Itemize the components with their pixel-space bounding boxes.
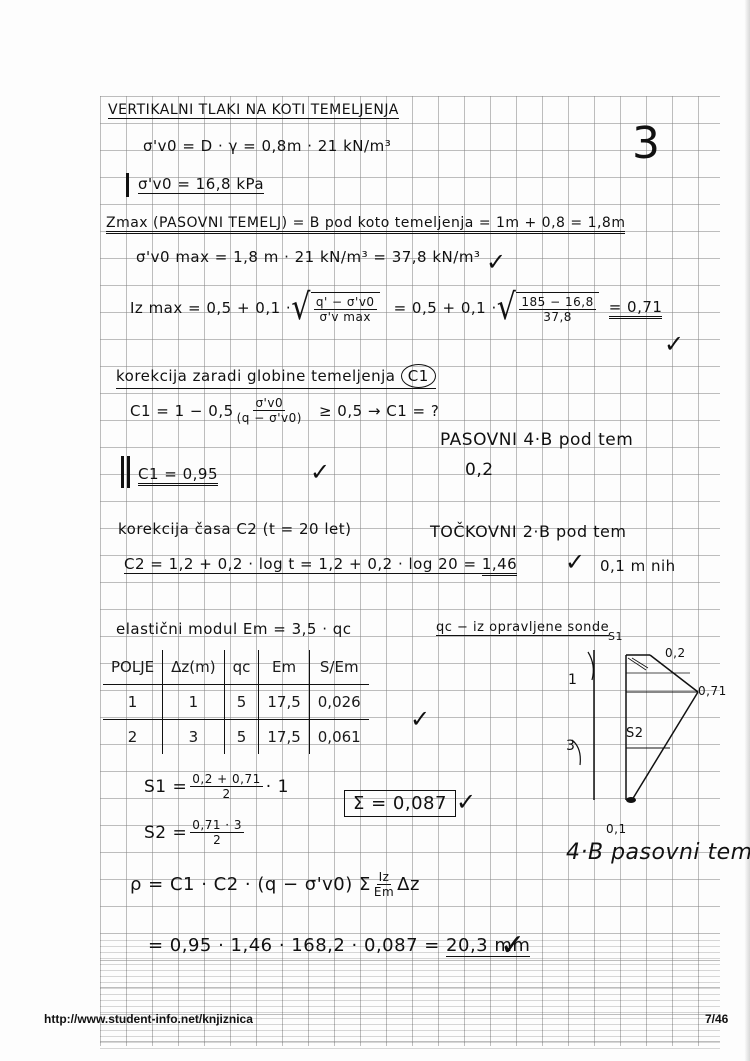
table-header-row: POLJE Δz(m) qc Em S/Em — [103, 650, 369, 685]
footer-page-number: 7/46 — [705, 1012, 728, 1026]
strain-influence-diagram — [560, 640, 740, 840]
table-header: Em — [259, 650, 309, 685]
check-mark-icon: ✓ — [310, 458, 330, 486]
diagram-label-s2: S2 — [626, 726, 644, 741]
frac-den: 2 — [213, 833, 221, 847]
frac-num: q' − σ'v0 — [314, 295, 377, 310]
table-cell: 0,026 — [309, 685, 368, 720]
page-number-mark: 3 — [632, 118, 661, 169]
table-cell: 0,061 — [309, 720, 368, 755]
table-row: 1 1 5 17,5 0,026 — [103, 685, 369, 720]
diagram-label-bottom: 0,1 — [606, 822, 627, 836]
settlement-lhs: ρ = C1 · C2 · (q − σ'v0) Σ — [130, 874, 371, 895]
table-header: S/Em — [309, 650, 368, 685]
margin-mark — [121, 456, 124, 488]
diagram-label-top: 0,2 — [665, 646, 686, 660]
page-edge-shadow — [744, 0, 750, 1061]
frac-num: Iz — [377, 870, 392, 885]
table-cell: 5 — [224, 720, 259, 755]
sqrt-expression: √ q' − σ'v0σ'v max — [291, 292, 379, 325]
diagram-caption: 4·B pasovni temelj — [566, 840, 750, 865]
c1-circled: C1 — [401, 364, 436, 388]
iz-max-mid: = 0,5 + 0,1 · — [394, 299, 497, 317]
frac-den: Em — [374, 885, 394, 899]
s1-mult: · 1 — [266, 777, 289, 797]
diagram-label-right: 0,71 — [698, 684, 727, 698]
c2-heading: korekcija časa C2 (t = 20 let) — [118, 520, 351, 538]
sigma-v0-formula: σ'v0 = D · γ = 0,8m · 21 kN/m³ — [143, 137, 391, 155]
frac-den: 2 — [222, 787, 230, 801]
c2-result: 1,46 — [482, 555, 517, 576]
table-cell: 3 — [163, 720, 224, 755]
s1-calc: S1 = 0,2 + 0,712 · 1 — [144, 772, 289, 802]
table-header: Δz(m) — [163, 650, 224, 685]
frac-num: 0,2 + 0,71 — [190, 772, 263, 787]
c1-heading-text: korekcija zaradi globine temeljenja — [116, 367, 395, 385]
scan-noise — [100, 940, 720, 1050]
table-row: 2 3 5 17,5 0,061 — [103, 720, 369, 755]
sqrt-icon: √ — [291, 290, 311, 326]
iz-max-lhs: Iz max = 0,5 + 0,1 · — [130, 299, 291, 317]
note-pasovni-value: 0,2 — [465, 460, 494, 480]
diagram-label-s1: S1 — [608, 630, 623, 643]
frac-den: (q − σ'v0) — [237, 411, 302, 425]
settlement-formula: ρ = C1 · C2 · (q − σ'v0) Σ IzEm Δz — [130, 870, 420, 900]
sqrt-expression-2: √ 185 − 16,837,8 — [497, 292, 599, 325]
check-mark-icon: ✓ — [500, 928, 525, 963]
table-cell: 1 — [103, 685, 163, 720]
frac-num: σ'v0 — [253, 396, 285, 411]
diagram-label-depth-1: 1 — [568, 672, 577, 688]
settlement-calc: = 0,95 · 1,46 · 168,2 · 0,087 = 20,3 mm — [148, 935, 530, 956]
diagram-label-depth-3: 3 — [566, 738, 575, 754]
s1-lhs: S1 = — [144, 777, 187, 797]
frac-den: σ'v max — [319, 310, 370, 324]
iz-max-formula: Iz max = 0,5 + 0,1 · √ q' − σ'v0σ'v max … — [130, 292, 662, 325]
settlement-calc-text: = 0,95 · 1,46 · 168,2 · 0,087 = — [148, 935, 446, 956]
page-title: VERTIKALNI TLAKI NA KOTI TEMELJENJA — [108, 102, 399, 119]
sqrt-icon: √ — [497, 290, 517, 326]
table-cell: 17,5 — [259, 685, 309, 720]
table-cell: 17,5 — [259, 720, 309, 755]
frac-num: 185 − 16,8 — [519, 295, 595, 310]
settlement-table: POLJE Δz(m) qc Em S/Em 1 1 5 17,5 0,026 … — [103, 650, 369, 754]
check-mark-icon: ✓ — [410, 705, 430, 733]
c2-formula: C2 = 1,2 + 0,2 · log t = 1,2 + 0,2 · log… — [124, 555, 517, 574]
note-c2-right: 0,1 m nih — [600, 557, 676, 575]
settlement-rhs: Δz — [397, 874, 420, 895]
check-mark-icon: ✓ — [664, 330, 684, 358]
c1-result: C1 = 0,95 — [138, 465, 218, 486]
frac-num: 0,71 · 3 — [190, 818, 244, 833]
check-mark-icon: ✓ — [565, 548, 585, 576]
c1-lhs: C1 = 1 − 0,5 — [130, 402, 234, 420]
frac-den: 37,8 — [543, 310, 572, 324]
qc-note: qc − iz opravljene sonde — [436, 620, 609, 636]
s2-calc: S2 = 0,71 · 32 — [144, 818, 247, 848]
elastic-heading: elastični modul Em = 3,5 · qc — [116, 620, 352, 638]
s2-lhs: S2 = — [144, 823, 187, 843]
sum-result-boxed: Σ = 0,087 — [344, 790, 456, 817]
note-tockovni: TOČKOVNI 2·B pod tem — [430, 522, 626, 541]
table-cell: 5 — [224, 685, 259, 720]
table-header: qc — [224, 650, 259, 685]
table-cell: 2 — [103, 720, 163, 755]
c2-formula-text: C2 = 1,2 + 0,2 · log t = 1,2 + 0,2 · log… — [124, 555, 482, 573]
check-mark-icon: ✓ — [486, 248, 506, 276]
c1-heading: korekcija zaradi globine temeljenja C1 — [116, 364, 436, 389]
note-pasovni: PASOVNI 4·B pod tem — [440, 430, 633, 450]
iz-max-result: = 0,71 — [609, 298, 663, 319]
footer-url[interactable]: http://www.student-info.net/knjiznica — [44, 1012, 253, 1026]
c1-formula: C1 = 1 − 0,5 σ'v0(q − σ'v0) ≥ 0,5 → C1 =… — [130, 396, 439, 426]
table-header: POLJE — [103, 650, 163, 685]
margin-mark — [126, 173, 129, 197]
table-cell: 1 — [163, 685, 224, 720]
margin-mark — [127, 456, 130, 488]
sigma-v0-max: σ'v0 max = 1,8 m · 21 kN/m³ = 37,8 kN/m³ — [136, 248, 480, 266]
sigma-v0-result: σ'v0 = 16,8 kPa — [138, 175, 264, 194]
zmax-line: Zmax (PASOVNI TEMELJ) = B pod koto temel… — [106, 215, 625, 234]
c1-rhs: ≥ 0,5 → C1 = ? — [319, 402, 439, 420]
check-mark-icon: ✓ — [456, 788, 476, 816]
